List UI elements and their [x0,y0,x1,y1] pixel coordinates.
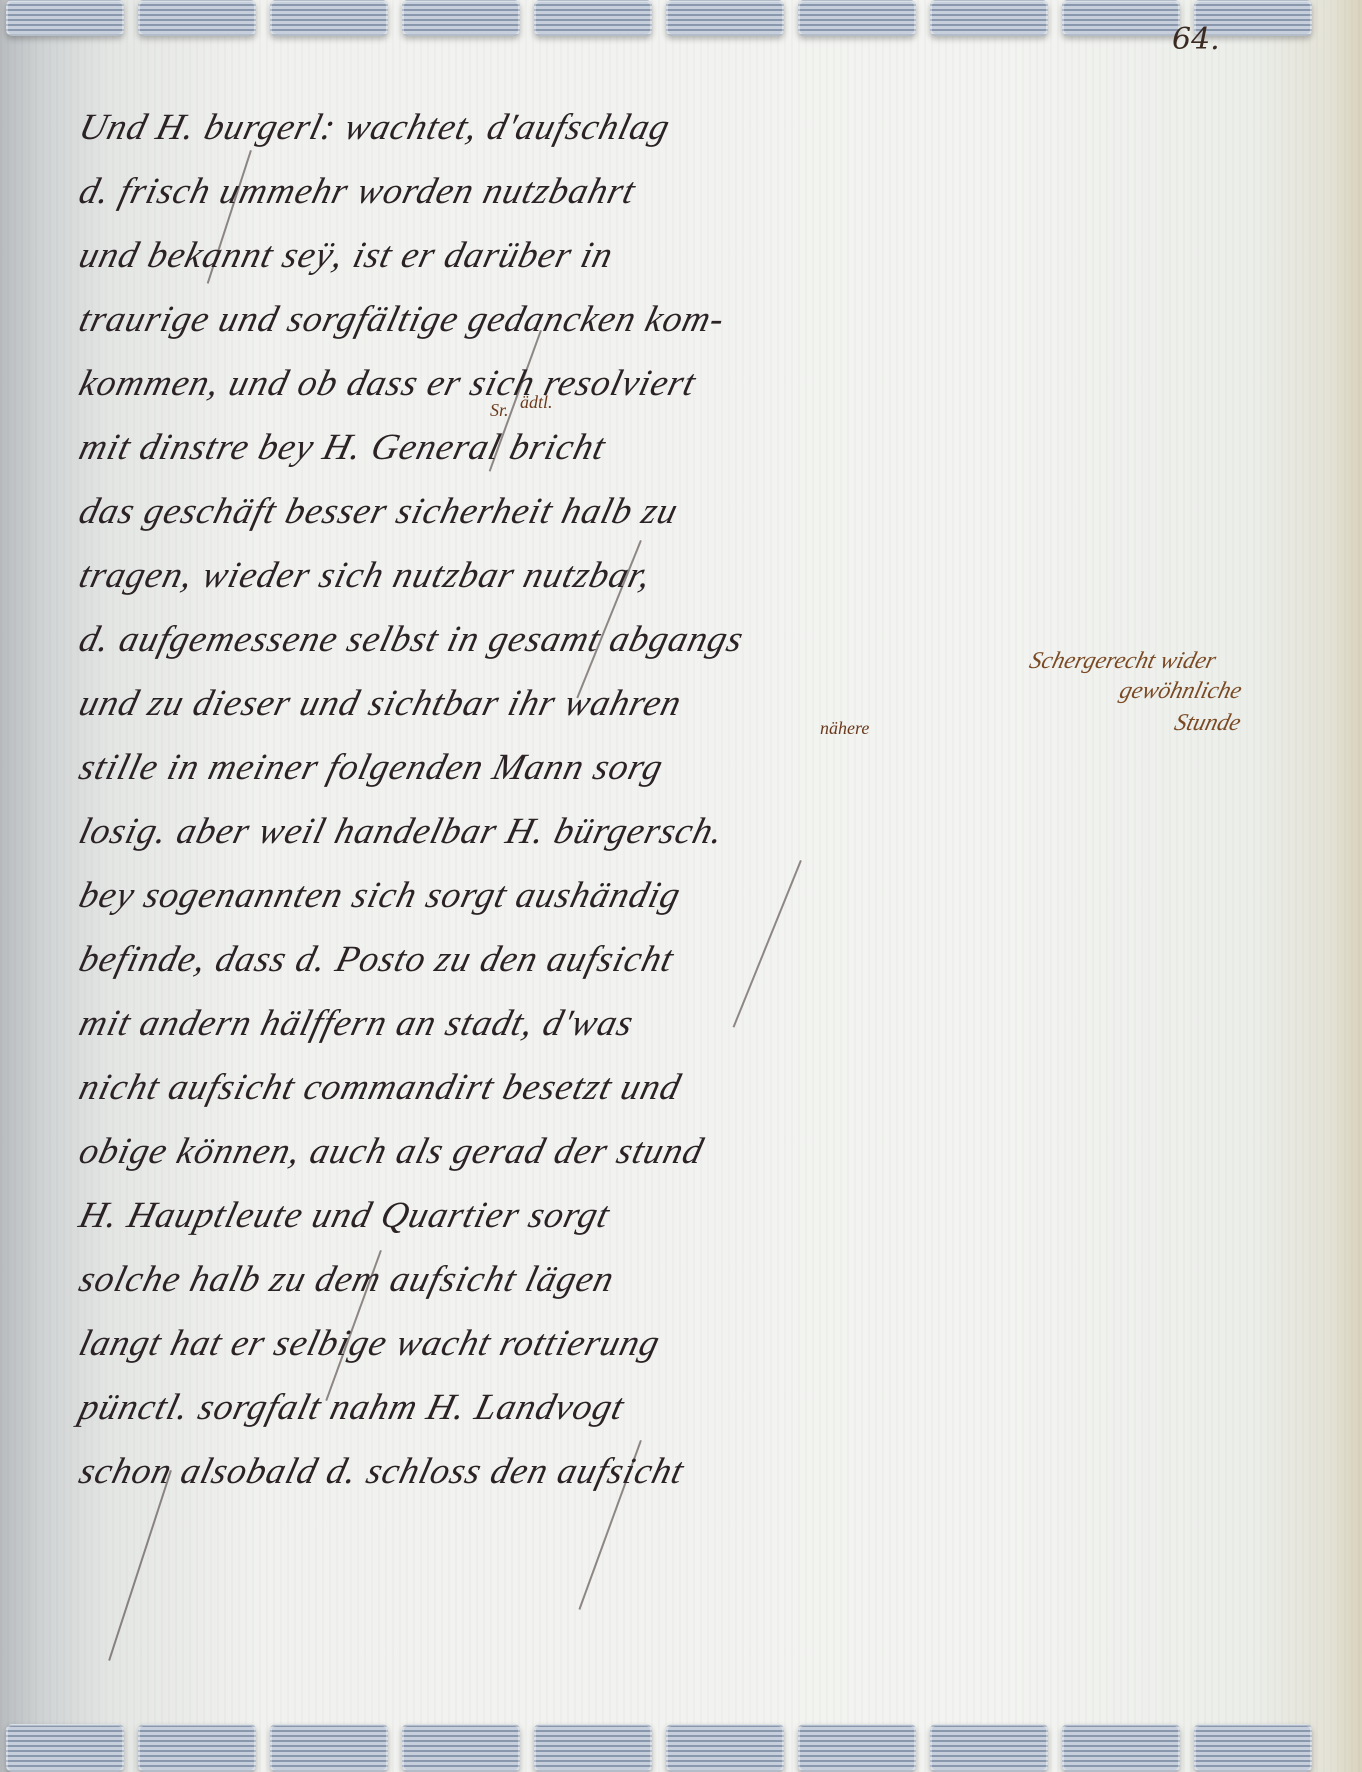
manuscript-page: 64. Und H. burgerl: wachtet, d'aufschlag… [0,0,1362,1772]
text-line: losig. aber weil handelbar H. bürgersch. [72,800,1168,864]
text-line: und bekannt seÿ, ist er darüber in [72,224,1168,288]
manuscript-text: Und H. burgerl: wachtet, d'aufschlag d. … [80,96,1160,1504]
binding-knot [1062,0,1180,36]
text-line: mit dinstre bey H. General bricht [72,416,1168,480]
text-line: H. Hauptleute und Quartier sorgt [72,1184,1168,1248]
interlinear-note: Sr. [490,400,509,421]
binding-knot [534,0,652,36]
text-line: d. frisch ummehr worden nutzbahrt [72,160,1168,224]
interlinear-note: ädtl. [520,392,553,413]
bottom-binding-cord [0,1710,1362,1772]
binding-knot [930,0,1048,36]
text-line: d. aufgemessene selbst in gesamt abgangs [72,608,1168,672]
text-line: nicht aufsicht commandirt besetzt und [72,1056,1168,1120]
binding-knot [666,0,784,36]
binding-knot [1062,1724,1180,1772]
binding-knot [402,0,520,36]
binding-knot [6,0,124,36]
marginal-note-line: Schergerecht wider [1027,648,1219,674]
binding-knot [798,1724,916,1772]
binding-knot [270,1724,388,1772]
binding-knot [930,1724,1048,1772]
binding-knot [402,1724,520,1772]
text-line: befinde, dass d. Posto zu den aufsicht [72,928,1168,992]
binding-knot [138,1724,256,1772]
text-line: obige können, auch als gerad der stund [72,1120,1168,1184]
binding-knot [666,1724,784,1772]
binding-knot [270,0,388,36]
text-line: Und H. burgerl: wachtet, d'aufschlag [72,96,1168,160]
text-line: solche halb zu dem aufsicht lägen [72,1248,1168,1312]
interlinear-note: nähere [820,718,869,739]
binding-knot [6,1724,124,1772]
text-line: langt hat er selbige wacht rottierung [72,1312,1168,1376]
marginal-note-line: gewöhnliche [1117,678,1245,704]
text-line: bey sogenannten sich sorgt aushändig [72,864,1168,928]
text-line: stille in meiner folgenden Mann sorg [72,736,1168,800]
text-line: traurige und sorgfältige gedancken kom- [72,288,1168,352]
text-line: kommen, und ob dass er sich resolviert [72,352,1168,416]
text-line: schon alsobald d. schloss den aufsicht [72,1440,1168,1504]
binding-knot [1194,1724,1312,1772]
marginal-note-line: Stunde [1172,710,1244,736]
text-line: das geschäft besser sicherheit halb zu [72,480,1168,544]
text-line: mit andern hälffern an stadt, d'was [72,992,1168,1056]
text-line: und zu dieser und sichtbar ihr wahren [72,672,1168,736]
text-line: tragen, wieder sich nutzbar nutzbar, [72,544,1168,608]
binding-knot [138,0,256,36]
folio-number: 64. [1172,22,1220,57]
top-binding-cord [0,0,1362,46]
binding-knot [534,1724,652,1772]
text-line: pünctl. sorgfalt nahm H. Landvogt [72,1376,1168,1440]
binding-knot [798,0,916,36]
